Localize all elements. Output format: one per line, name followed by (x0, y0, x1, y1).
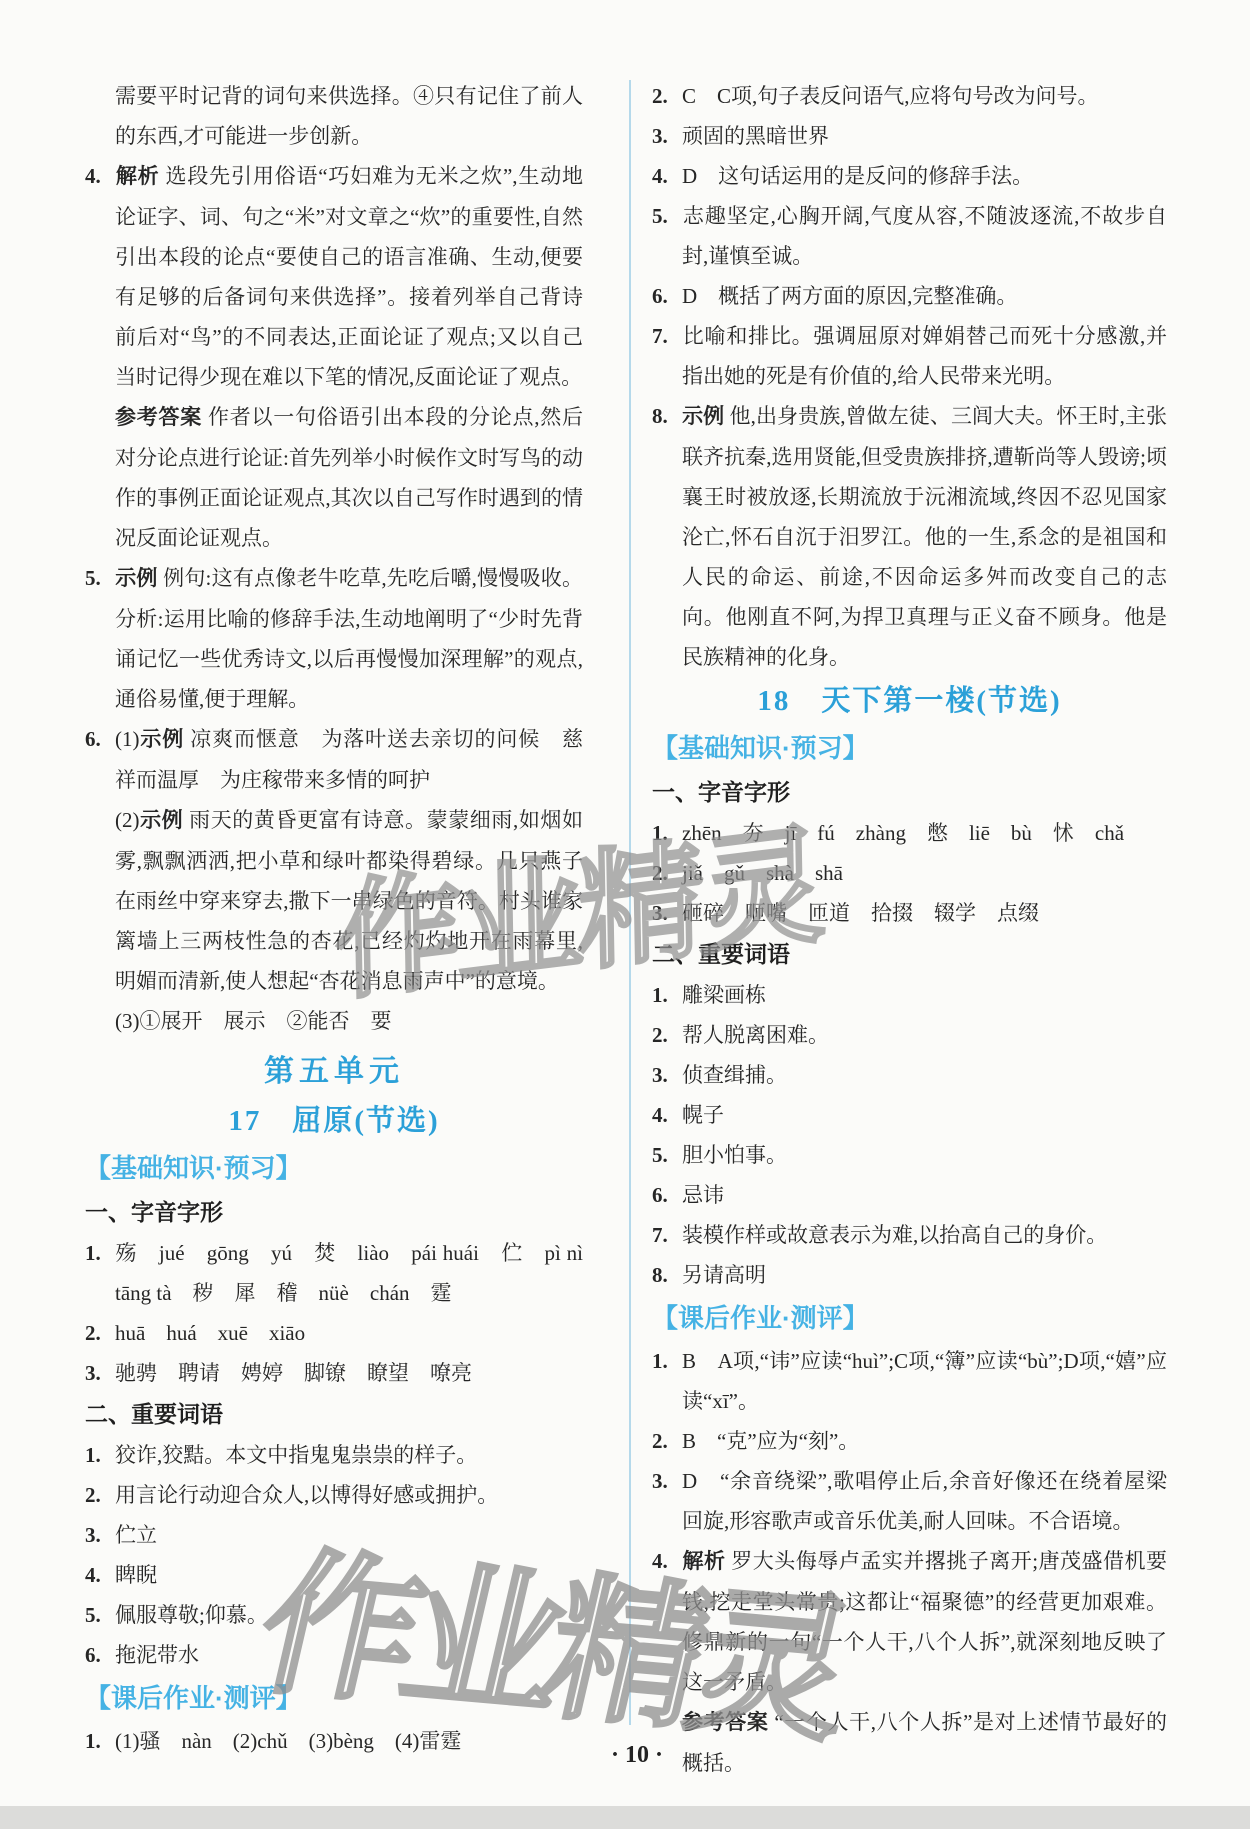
page-edge-shadow (0, 1806, 1250, 1829)
answer-paragraph: 2.jiǎ gǔ shà shā (652, 853, 1167, 893)
answer-paragraph: 3.砸碎 咂嘴 匝道 拾掇 辍学 点缀 (652, 893, 1167, 933)
answer-paragraph: 3.侦查缉捕。 (652, 1055, 1167, 1095)
answer-text: 用言论行动迎合众人,以博得好感或拥护。 (115, 1483, 498, 1507)
sub-header: 二、重要词语 (652, 933, 1167, 975)
answer-text: 比喻和排比。强调屈原对婵娟替己而死十分感激,并指出她的死是有价值的,给人民带来光… (682, 324, 1167, 388)
answer-text: 殇 jué gōng yú 焚 liào pái huái 伫 pì nì tā… (115, 1241, 604, 1305)
answer-paragraph: 2.用言论行动迎合众人,以博得好感或拥护。 (85, 1475, 583, 1515)
answer-paragraph: 4.睥睨 (85, 1555, 583, 1595)
item-number: 2. (85, 1313, 115, 1353)
lesson-title: 18 天下第一楼(节选) (652, 677, 1167, 725)
item-number: 3. (652, 1461, 682, 1501)
answer-paragraph: 4.幌子 (652, 1095, 1167, 1135)
answer-text: 拖泥带水 (115, 1643, 199, 1667)
answer-paragraph: 参考答案 “一个人干,八个人拆”是对上述情节最好的概括。 (652, 1702, 1167, 1783)
answer-paragraph: 4.解析 选段先引用俗语“巧妇难为无米之炊”,生动地论证字、词、句之“米”对文章… (85, 156, 583, 397)
answer-paragraph: 1.(1)骚 nàn (2)chǔ (3)bèng (4)雷霆 (85, 1721, 583, 1761)
answer-paragraph: 7.装模作样或故意表示为难,以抬高自己的身价。 (652, 1215, 1167, 1255)
column-divider (629, 80, 631, 1725)
left-column: 需要平时记背的词句来供选择。④只有记住了前人的东西,才可能进一步创新。4.解析 … (85, 76, 583, 1761)
answer-text: D 这句话运用的是反问的修辞手法。 (682, 164, 1033, 188)
item-number: 4. (85, 156, 115, 196)
answer-paragraph: 4.D 这句话运用的是反问的修辞手法。 (652, 156, 1167, 196)
answer-paragraph: 6.拖泥带水 (85, 1635, 583, 1675)
answer-text: 凉爽而惬意 为落叶送去亲切的问候 慈祥而温厚 为庄稼带来多情的呵护 (115, 727, 583, 792)
item-number: 5. (652, 196, 682, 236)
answer-paragraph: 5.示例 例句:这有点像老牛吃草,先吃后嚼,慢慢吸收。分析:运用比喻的修辞手法,… (85, 558, 583, 719)
answer-text: B A项,“讳”应读“huì”;C项,“簿”应读“bù”;D项,“嬉”应读“xī… (682, 1349, 1167, 1413)
answer-paragraph: (2)示例 雨天的黄昏更富有诗意。蒙蒙细雨,如烟如雾,飘飘洒洒,把小草和绿叶都染… (85, 800, 583, 1001)
item-number: 6. (85, 719, 115, 759)
answer-text: (1)骚 nàn (2)chǔ (3)bèng (4)雷霆 (115, 1729, 461, 1753)
answer-text: B “克”应为“刻”。 (682, 1429, 859, 1453)
item-number: 5. (85, 1595, 115, 1635)
answer-keyword: 参考答案 (682, 1711, 768, 1734)
answer-paragraph: 3.顽固的黑暗世界 (652, 116, 1167, 156)
answer-paragraph: 4.解析 罗大头侮辱卢孟实并撂挑子离开;唐茂盛借机要钱,挖走堂头常贵;这都让“福… (652, 1541, 1167, 1702)
answer-paragraph: 6.忌讳 (652, 1175, 1167, 1215)
answer-keyword: 示例 (140, 728, 185, 751)
answer-text: 幌子 (682, 1103, 724, 1127)
item-number: 2. (85, 1475, 115, 1515)
answer-text: 砸碎 咂嘴 匝道 拾掇 辍学 点缀 (682, 901, 1039, 925)
answer-text: huā huá xuē xiāo (115, 1321, 305, 1345)
item-number: 6. (85, 1635, 115, 1675)
answer-paragraph: 2.huā huá xuē xiāo (85, 1313, 583, 1353)
item-number: 2. (652, 1015, 682, 1055)
answer-keyword: 示例 (682, 405, 724, 428)
answer-paragraph: 6.(1)示例 凉爽而惬意 为落叶送去亲切的问候 慈祥而温厚 为庄稼带来多情的呵… (85, 719, 583, 800)
item-number: 6. (652, 1175, 682, 1215)
answer-paragraph: 5.佩服尊敬;仰慕。 (85, 1595, 583, 1635)
bracket-header: 【课后作业·测评】 (652, 1295, 1167, 1341)
answer-text: 雕梁画栋 (682, 983, 766, 1007)
page-number: · 10 · (597, 1742, 677, 1769)
answer-text: 帮人脱离困难。 (682, 1023, 829, 1047)
item-number: 1. (85, 1721, 115, 1761)
answer-text: 顽固的黑暗世界 (682, 124, 829, 148)
answer-text: 另请高明 (682, 1263, 766, 1287)
answer-text: 罗大头侮辱卢孟实并撂挑子离开;唐茂盛借机要钱,挖走堂头常贵;这都让“福聚德”的经… (682, 1549, 1167, 1694)
answer-text: 伫立 (115, 1523, 157, 1547)
item-number: 3. (652, 1055, 682, 1095)
item-number: 4. (85, 1555, 115, 1595)
item-number: 2. (652, 76, 682, 116)
item-number: 5. (85, 558, 115, 598)
answer-keyword: 解析 (115, 165, 159, 188)
answer-text: 忌讳 (682, 1183, 724, 1207)
sub-header: 一、字音字形 (85, 1191, 583, 1233)
answer-paragraph: (3)①展开 展示 ②能否 要 (85, 1001, 583, 1041)
sub-header: 一、字音字形 (652, 771, 1167, 813)
workbook-page: 需要平时记背的词句来供选择。④只有记住了前人的东西,才可能进一步创新。4.解析 … (0, 0, 1250, 1829)
answer-text: jiǎ gǔ shà shā (682, 861, 843, 885)
answer-paragraph: 参考答案 作者以一句俗语引出本段的分论点,然后对分论点进行论证:首先列举小时候作… (85, 397, 583, 558)
answer-keyword: 示例 (115, 567, 158, 590)
item-number: 1. (652, 975, 682, 1015)
answer-paragraph: 7.比喻和排比。强调屈原对婵娟替己而死十分感激,并指出她的死是有价值的,给人民带… (652, 316, 1167, 396)
answer-paragraph: 5.胆小怕事。 (652, 1135, 1167, 1175)
answer-paragraph: 6.D 概括了两方面的原因,完整准确。 (652, 276, 1167, 316)
item-number: 3. (652, 116, 682, 156)
item-number: 6. (652, 276, 682, 316)
answer-paragraph: 1.殇 jué gōng yú 焚 liào pái huái 伫 pì nì … (85, 1233, 583, 1313)
item-number: 4. (652, 1541, 682, 1581)
answer-paragraph: 2.C C项,句子表反问语气,应将句号改为问号。 (652, 76, 1167, 116)
answer-text: (3)①展开 展示 ②能否 要 (115, 1009, 392, 1033)
item-number: 8. (652, 1255, 682, 1295)
answer-text: 狡诈,狡黠。本文中指鬼鬼祟祟的样子。 (115, 1443, 477, 1467)
answer-text: (1) (115, 727, 140, 751)
answer-text: 胆小怕事。 (682, 1143, 787, 1167)
item-number: 3. (652, 893, 682, 933)
answer-text: (2) (115, 808, 140, 832)
answer-text: 侦查缉捕。 (682, 1063, 787, 1087)
answer-text: 需要平时记背的词句来供选择。④只有记住了前人的东西,才可能进一步创新。 (115, 84, 583, 148)
item-number: 8. (652, 396, 682, 436)
bracket-header: 【基础知识·预习】 (652, 725, 1167, 771)
item-number: 5. (652, 1135, 682, 1175)
answer-paragraph: 3.D “余音绕梁”,歌唱停止后,余音好像还在绕着屋梁回旋,形容歌声或音乐优美,… (652, 1461, 1167, 1541)
answer-paragraph: 8.示例 他,出身贵族,曾做左徒、三闾大夫。怀王时,主张联齐抗秦,选用贤能,但受… (652, 396, 1167, 677)
item-number: 1. (652, 1341, 682, 1381)
answer-paragraph: 1.雕梁画栋 (652, 975, 1167, 1015)
unit-title: 第五单元 (85, 1047, 583, 1097)
answer-paragraph: 5.志趣坚定,心胸开阔,气度从容,不随波逐流,不故步自封,谨慎至诚。 (652, 196, 1167, 276)
answer-paragraph: 需要平时记背的词句来供选择。④只有记住了前人的东西,才可能进一步创新。 (85, 76, 583, 156)
item-number: 2. (652, 853, 682, 893)
answer-paragraph: 3.驰骋 聘请 娉婷 脚镣 瞭望 嘹亮 (85, 1353, 583, 1393)
answer-text: 例句:这有点像老牛吃草,先吃后嚼,慢慢吸收。分析:运用比喻的修辞手法,生动地阐明… (115, 566, 583, 711)
item-number: 7. (652, 316, 682, 356)
answer-text: 他,出身贵族,曾做左徒、三闾大夫。怀王时,主张联齐抗秦,选用贤能,但受贵族排挤,… (682, 404, 1167, 669)
answer-paragraph: 2.B “克”应为“刻”。 (652, 1421, 1167, 1461)
answer-text: 志趣坚定,心胸开阔,气度从容,不随波逐流,不故步自封,谨慎至诚。 (682, 204, 1167, 268)
bracket-header: 【基础知识·预习】 (85, 1145, 583, 1191)
answer-paragraph: 1.zhēn 夯 jī fú zhàng 憋 liē bù 怵 chǎ (652, 813, 1167, 853)
answer-keyword: 参考答案 (115, 406, 202, 429)
answer-text: D 概括了两方面的原因,完整准确。 (682, 284, 1017, 308)
answer-keyword: 示例 (140, 809, 184, 832)
item-number: 7. (652, 1215, 682, 1255)
item-number: 2. (652, 1421, 682, 1461)
answer-text: 装模作样或故意表示为难,以抬高自己的身价。 (682, 1223, 1107, 1247)
answer-text: 驰骋 聘请 娉婷 脚镣 瞭望 嘹亮 (115, 1361, 472, 1385)
answer-paragraph: 1.狡诈,狡黠。本文中指鬼鬼祟祟的样子。 (85, 1435, 583, 1475)
item-number: 1. (85, 1233, 115, 1273)
item-number: 4. (652, 156, 682, 196)
answer-text: zhēn 夯 jī fú zhàng 憋 liē bù 怵 chǎ (682, 821, 1124, 845)
item-number: 4. (652, 1095, 682, 1135)
answer-keyword: 解析 (682, 1550, 726, 1573)
answer-text: D “余音绕梁”,歌唱停止后,余音好像还在绕着屋梁回旋,形容歌声或音乐优美,耐人… (682, 1469, 1167, 1533)
answer-text: C C项,句子表反问语气,应将句号改为问号。 (682, 84, 1099, 108)
item-number: 1. (85, 1435, 115, 1475)
answer-paragraph: 3.伫立 (85, 1515, 583, 1555)
bracket-header: 【课后作业·测评】 (85, 1675, 583, 1721)
answer-paragraph: 8.另请高明 (652, 1255, 1167, 1295)
lesson-title: 17 屈原(节选) (85, 1097, 583, 1145)
item-number: 3. (85, 1515, 115, 1555)
answer-text: 选段先引用俗语“巧妇难为无米之炊”,生动地论证字、词、句之“米”对文章之“炊”的… (115, 164, 583, 389)
answer-paragraph: 2.帮人脱离困难。 (652, 1015, 1167, 1055)
answer-paragraph: 1.B A项,“讳”应读“huì”;C项,“簿”应读“bù”;D项,“嬉”应读“… (652, 1341, 1167, 1421)
right-column: 2.C C项,句子表反问语气,应将句号改为问号。3.顽固的黑暗世界4.D 这句话… (652, 76, 1167, 1783)
answer-text: 雨天的黄昏更富有诗意。蒙蒙细雨,如烟如雾,飘飘洒洒,把小草和绿叶都染得碧绿。几只… (115, 808, 583, 993)
answer-text: 睥睨 (115, 1563, 157, 1587)
item-number: 1. (652, 813, 682, 853)
answer-text: 佩服尊敬;仰慕。 (115, 1603, 268, 1627)
sub-header: 二、重要词语 (85, 1393, 583, 1435)
item-number: 3. (85, 1353, 115, 1393)
